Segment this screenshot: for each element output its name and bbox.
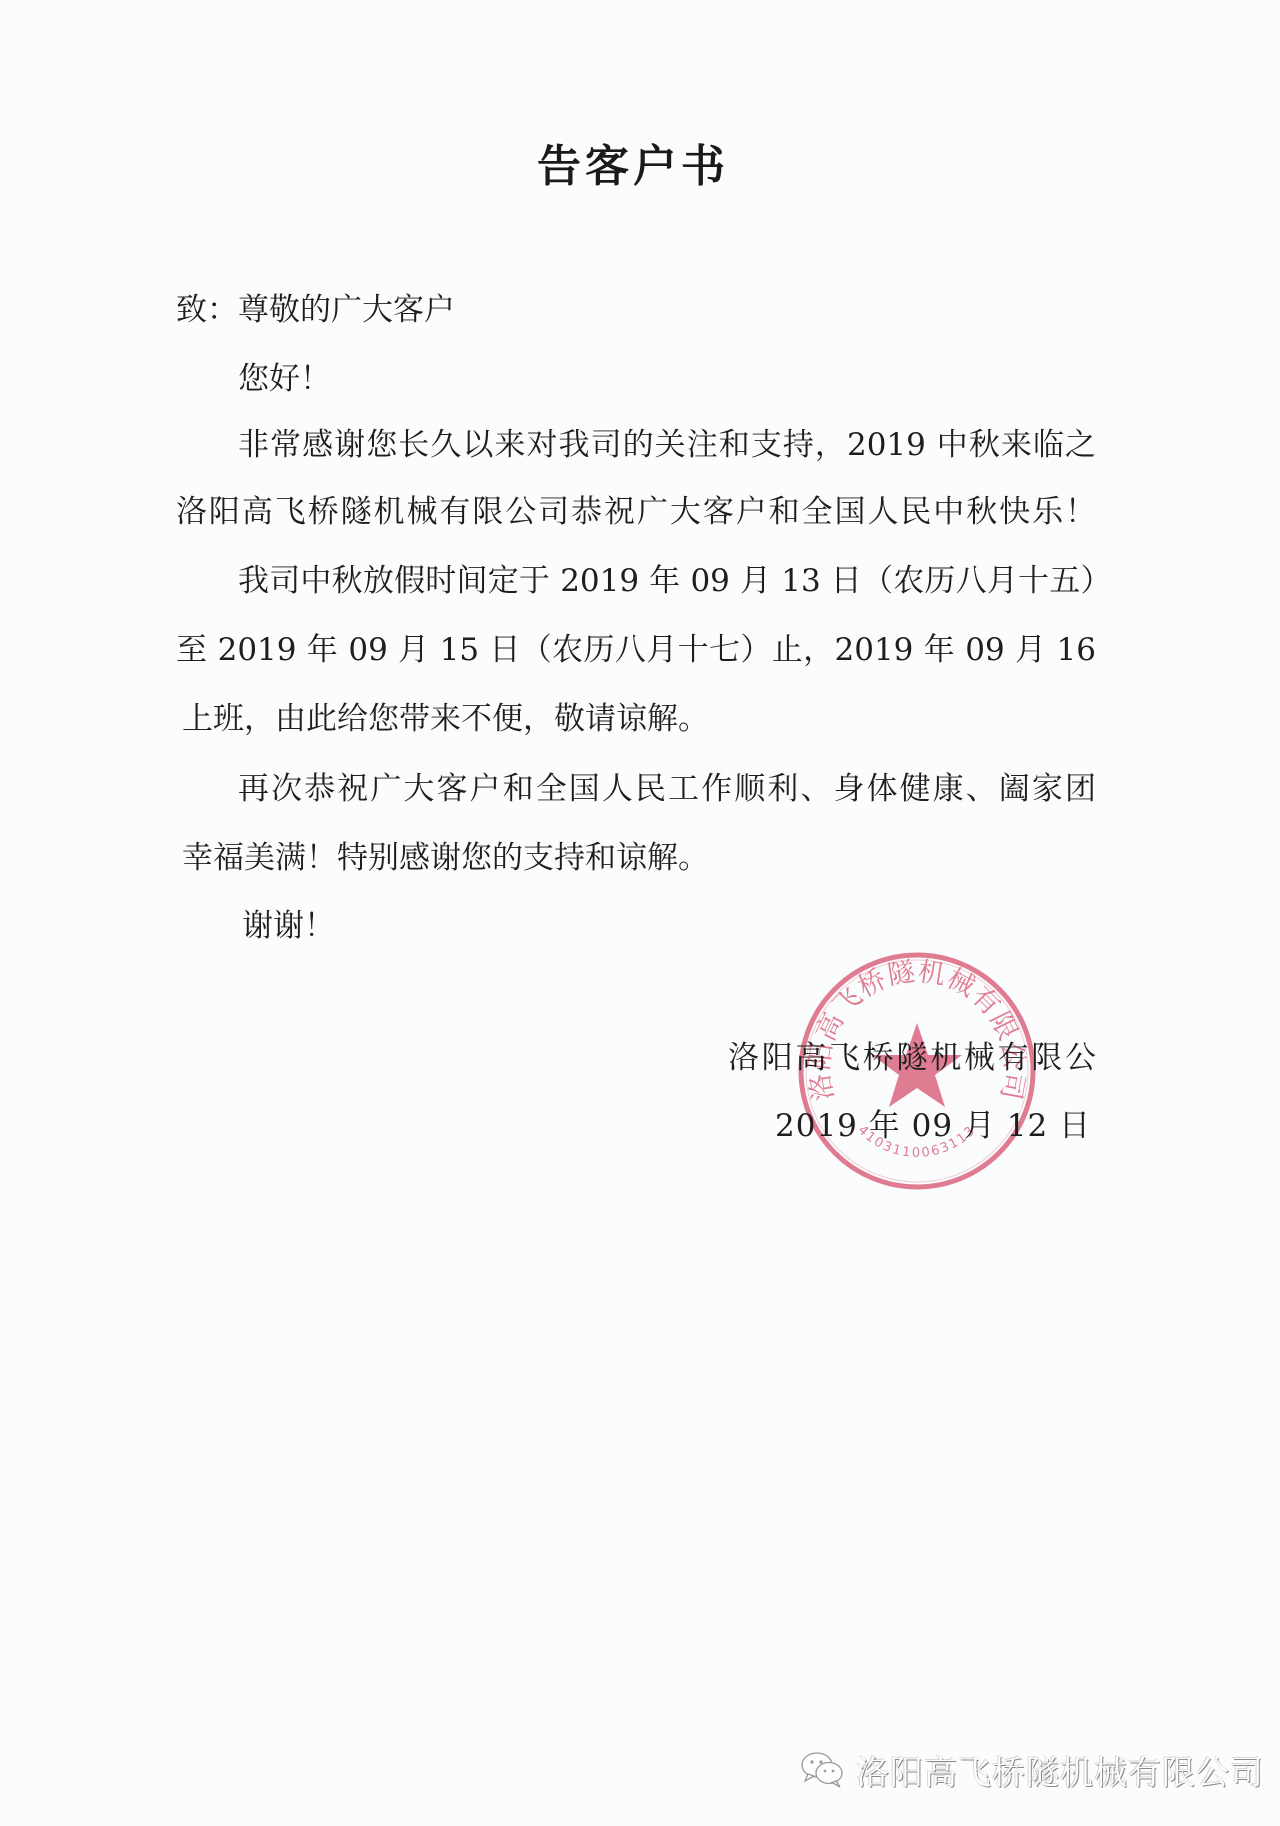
closing: 谢谢！ [242, 906, 335, 946]
document-title: 告客户书 [0, 140, 1266, 194]
greeting: 您好！ [238, 359, 331, 399]
paragraph-2-line-1: 我司中秋放假时间定于 2019 年 09 月 13 日（农历八月十五）起 [238, 561, 1096, 601]
watermark-text: 洛阳高飞桥隧机械有限公司 [856, 1747, 1264, 1794]
paragraph-2-line-3: 上班，由此给您带来不便，敬请谅解。 [182, 699, 709, 739]
wechat-watermark: 洛阳高飞桥隧机械有限公司 [800, 1748, 1264, 1792]
paragraph-1-line-1: 非常感谢您长久以来对我司的关注和支持，2019 中秋来临之际， [238, 425, 1096, 465]
paragraph-2-line-2: 至 2019 年 09 月 15 日（农历八月十七）止，2019 年 09 月 … [176, 630, 1096, 670]
paragraph-3-line-2: 幸福美满！特别感谢您的支持和谅解。 [182, 838, 709, 878]
signature-company: 洛阳高飞桥隧机械有限公司 [728, 1038, 1096, 1078]
wechat-icon [800, 1750, 846, 1790]
salutation: 致：尊敬的广大客户 [176, 290, 455, 330]
paragraph-3-line-1: 再次恭祝广大客户和全国人民工作顺利、身体健康、阖家团圆、 [238, 769, 1096, 809]
signature-date: 2019 年 09 月 12 日 [775, 1106, 1091, 1146]
letter-page: 告客户书 致：尊敬的广大客户 您好！ 非常感谢您长久以来对我司的关注和支持，20… [0, 0, 1280, 1826]
paragraph-1-line-2: 洛阳高飞桥隧机械有限公司恭祝广大客户和全国人民中秋快乐！ [176, 492, 1096, 532]
